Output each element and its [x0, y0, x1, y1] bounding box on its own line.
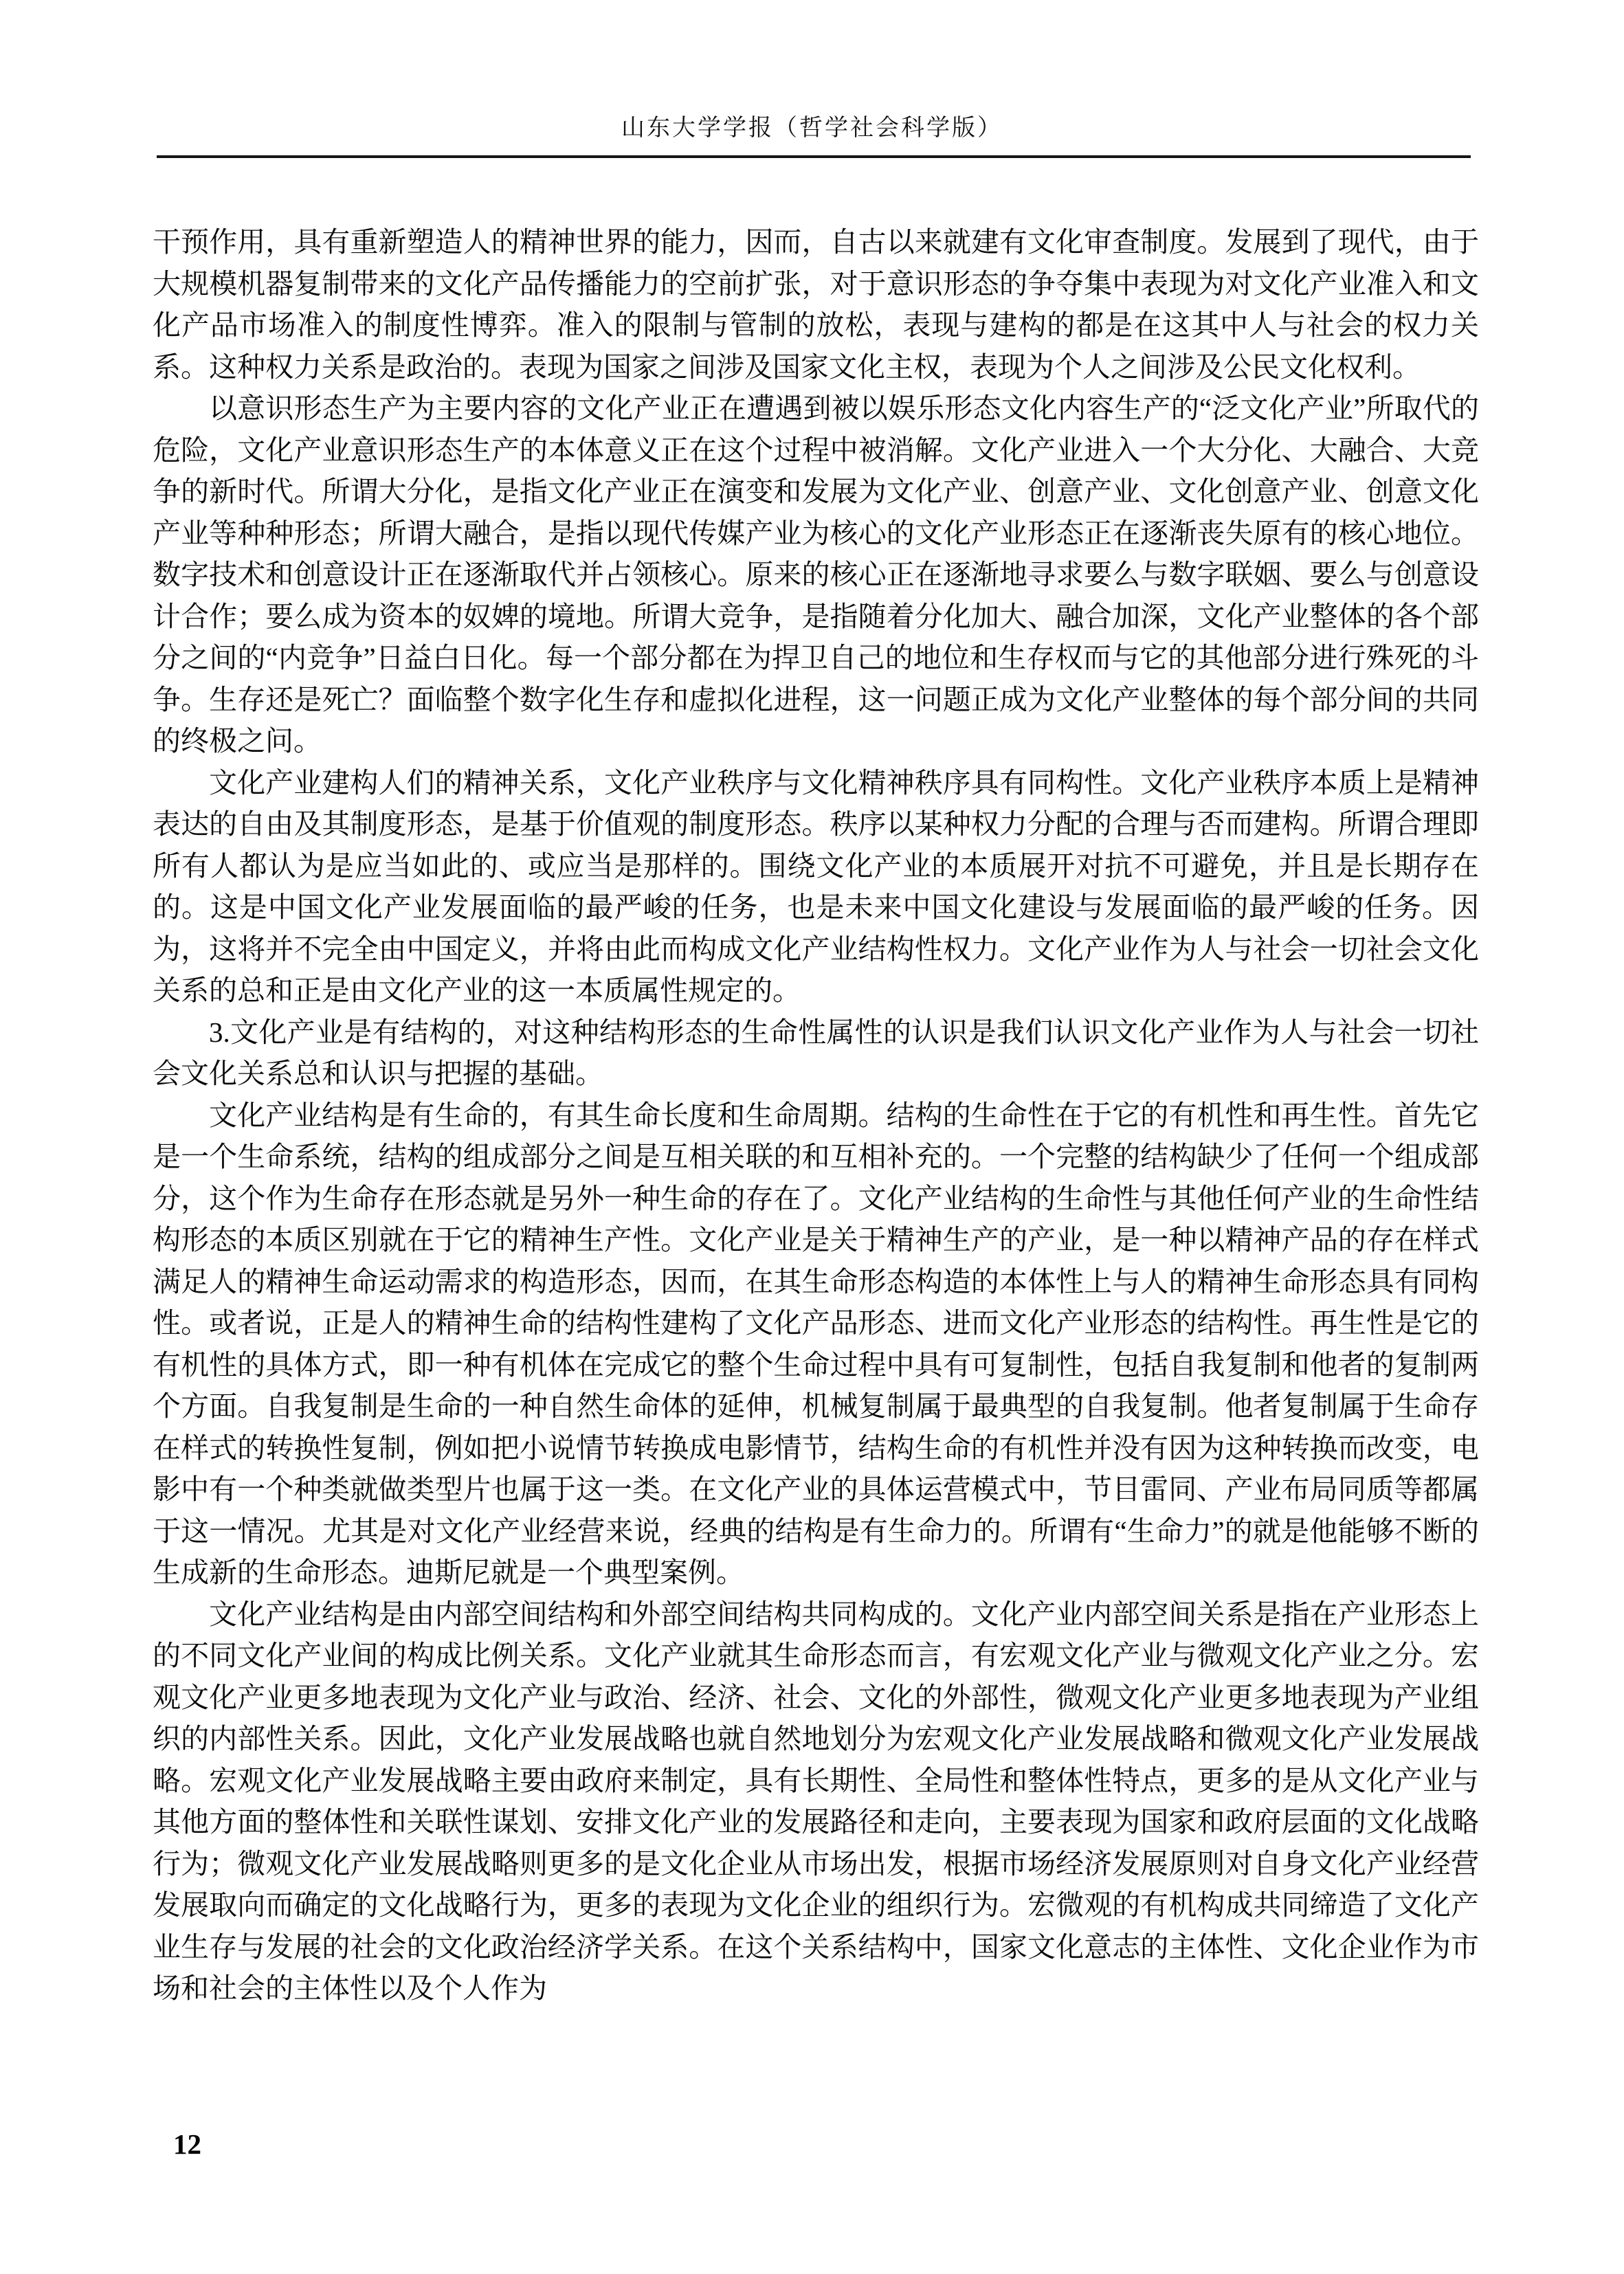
header-rule	[157, 155, 1471, 158]
article-paragraph-1: 干预作用，具有重新塑造人的精神世界的能力，因而，自古以来就建有文化审查制度。发展…	[153, 221, 1479, 388]
article-paragraph-5: 文化产业结构是有生命的，有其生命长度和生命周期。结构的生命性在于它的有机性和再生…	[153, 1095, 1479, 1594]
article-paragraph-3: 文化产业建构人们的精神关系，文化产业秩序与文化精神秩序具有同构性。文化产业秩序本…	[153, 762, 1479, 1012]
page-number: 12	[173, 2128, 201, 2161]
article-paragraph-6: 文化产业结构是由内部空间结构和外部空间结构共同构成的。文化产业内部空间关系是指在…	[153, 1594, 1479, 2009]
journal-page: 山东大学学报（哲学社会科学版） 干预作用，具有重新塑造人的精神世界的能力，因而，…	[0, 0, 1624, 2274]
article-paragraph-4: 3.文化产业是有结构的，对这种结构形态的生命性属性的认识是我们认识文化产业作为人…	[153, 1012, 1479, 1095]
article-paragraph-2: 以意识形态生产为主要内容的文化产业正在遭遇到被以娱乐形态文化内容生产的“泛文化产…	[153, 388, 1479, 762]
article-body: 干预作用，具有重新塑造人的精神世界的能力，因而，自古以来就建有文化审查制度。发展…	[153, 221, 1479, 2009]
journal-title: 山东大学学报（哲学社会科学版）	[0, 109, 1624, 142]
